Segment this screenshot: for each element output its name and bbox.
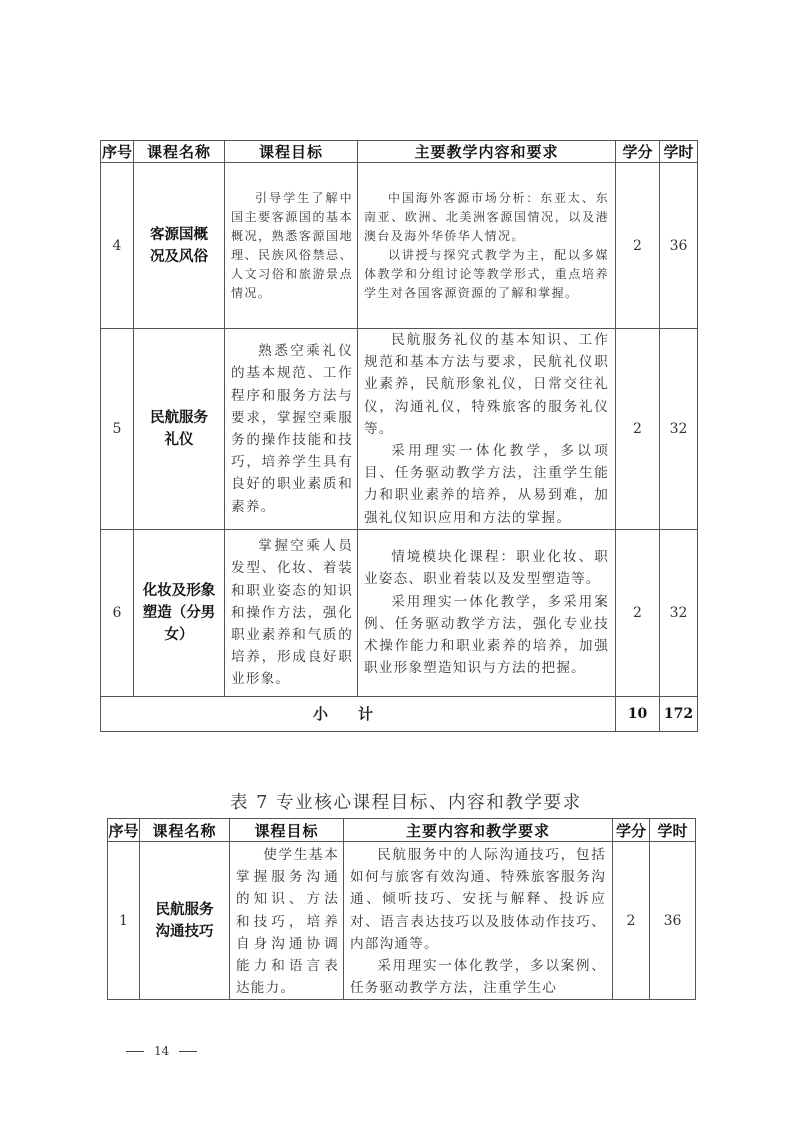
subtotal-hours: 172 (660, 696, 698, 731)
row-no: 4 (101, 163, 134, 329)
course-content: 民航服务礼仪的基本知识、工作规范和基本方法与要求，民航礼仪职业素养，民航形象礼仪… (358, 329, 616, 530)
footer-dash-left (126, 1051, 144, 1052)
header-no: 序号 (108, 819, 140, 842)
course-goal: 熟悉空乘礼仪的基本规范、工作程序和服务方法与要求，掌握空乘服务的操作技能和技巧，… (225, 329, 358, 530)
header-credits: 学分 (616, 141, 660, 163)
row-no: 1 (108, 842, 140, 1000)
course-content: 中国海外客源市场分析：东亚太、东南亚、欧洲、北美洲客源国情况，以及港澳台及海外华… (358, 163, 616, 329)
course-goal: 引导学生了解中国主要客源国的基本概况，熟悉客源国地理、民族风俗禁忌、人文习俗和旅… (225, 163, 358, 329)
course-name: 客源国概况及风俗 (134, 163, 225, 329)
page-footer: 14 (126, 1044, 197, 1058)
hours: 36 (660, 163, 698, 329)
course-goal: 掌握空乘人员发型、化妆、着装和职业姿态的知识和操作方法，强化职业素养和气质的培养… (225, 529, 358, 696)
subtotal-credits: 10 (616, 696, 660, 731)
course-name: 化妆及形象塑造（分男女） (134, 529, 225, 696)
hours: 32 (660, 329, 698, 530)
subtotal-label: 小计 (101, 696, 616, 731)
header-course-name: 课程名称 (134, 141, 225, 163)
content-paragraph: 采用理实一体化教学，多采用案例、任务驱动教学方法，强化专业技术操作能力和职业素养… (364, 591, 609, 680)
credits: 2 (616, 529, 660, 696)
row-no: 6 (101, 529, 134, 696)
course-goal-text: 掌握空乘人员发型、化妆、着装和职业姿态的知识和操作方法，强化职业素养和气质的培养… (231, 535, 353, 690)
content-paragraph: 情境模块化课程：职业化妆、职业姿态、职业着装以及发型塑造等。 (364, 546, 609, 590)
course-table-continued: 序号 课程名称 课程目标 主要教学内容和要求 学分 学时 4 客源国概况及风俗 … (100, 140, 698, 732)
header-course-goal: 课程目标 (225, 141, 358, 163)
table-row: 4 客源国概况及风俗 引导学生了解中国主要客源国的基本概况，熟悉客源国地理、民族… (101, 163, 698, 329)
table-caption: 表 7 专业核心课程目标、内容和教学要求 (230, 789, 570, 814)
course-content: 民航服务中的人际沟通技巧，包括如何与旅客有效沟通、特殊旅客服务沟通、倾听技巧、安… (344, 842, 613, 1000)
footer-dash-right (179, 1051, 197, 1052)
header-course-name: 课程名称 (140, 819, 230, 842)
table-row: 5 民航服务礼仪 熟悉空乘礼仪的基本规范、工作程序和服务方法与要求，掌握空乘服务… (101, 329, 698, 530)
course-goal: 使学生基本掌握服务沟通的知识、方法和技巧，培养自身沟通协调能力和语言表达能力。 (230, 842, 344, 1000)
table-header-row: 序号 课程名称 课程目标 主要内容和教学要求 学分 学时 (108, 819, 696, 842)
table-row: 6 化妆及形象塑造（分男女） 掌握空乘人员发型、化妆、着装和职业姿态的知识和操作… (101, 529, 698, 696)
table-row: 1 民航服务沟通技巧 使学生基本掌握服务沟通的知识、方法和技巧，培养自身沟通协调… (108, 842, 696, 1000)
course-name: 民航服务礼仪 (134, 329, 225, 530)
header-no: 序号 (101, 141, 134, 163)
subtotal-row: 小计 10 172 (101, 696, 698, 731)
page-number: 14 (154, 1044, 169, 1058)
credits: 2 (616, 163, 660, 329)
table-header-row: 序号 课程名称 课程目标 主要教学内容和要求 学分 学时 (101, 141, 698, 163)
hours: 36 (650, 842, 696, 1000)
row-no: 5 (101, 329, 134, 530)
content-paragraph: 民航服务中的人际沟通技巧，包括如何与旅客有效沟通、特殊旅客服务沟通、倾听技巧、安… (350, 844, 606, 955)
course-content: 情境模块化课程：职业化妆、职业姿态、职业着装以及发型塑造等。 采用理实一体化教学… (358, 529, 616, 696)
header-hours: 学时 (650, 819, 696, 842)
content-paragraph: 中国海外客源市场分析：东亚太、东南亚、欧洲、北美洲客源国情况，以及港澳台及海外华… (364, 189, 609, 246)
header-credits: 学分 (613, 819, 650, 842)
content-paragraph: 民航服务礼仪的基本知识、工作规范和基本方法与要求，民航礼仪职业素养，民航形象礼仪… (364, 329, 609, 440)
content-paragraph: 采用理实一体化教学，多以项目、任务驱动教学方法，注重学生能力和职业素养的培养，从… (364, 440, 609, 529)
header-content-requirements: 主要教学内容和要求 (358, 141, 616, 163)
credits: 2 (616, 329, 660, 530)
header-course-goal: 课程目标 (230, 819, 344, 842)
core-course-table: 序号 课程名称 课程目标 主要内容和教学要求 学分 学时 1 民航服务沟通技巧 … (107, 818, 696, 1000)
course-name: 民航服务沟通技巧 (140, 842, 230, 1000)
header-hours: 学时 (660, 141, 698, 163)
course-goal-text: 熟悉空乘礼仪的基本规范、工作程序和服务方法与要求，掌握空乘服务的操作技能和技巧，… (231, 340, 353, 518)
course-goal-text: 引导学生了解中国主要客源国的基本概况，熟悉客源国地理、民族风俗禁忌、人文习俗和旅… (231, 189, 353, 303)
course-goal-text: 使学生基本掌握服务沟通的知识、方法和技巧，培养自身沟通协调能力和语言表达能力。 (236, 844, 339, 999)
header-content-requirements: 主要内容和教学要求 (344, 819, 613, 842)
hours: 32 (660, 529, 698, 696)
content-paragraph: 以讲授与探究式教学为主，配以多媒体教学和分组讨论等教学形式，重点培养学生对各国客… (364, 246, 609, 303)
content-paragraph: 采用理实一体化教学，多以案例、任务驱动教学方法，注重学生心 (350, 955, 606, 999)
credits: 2 (613, 842, 650, 1000)
